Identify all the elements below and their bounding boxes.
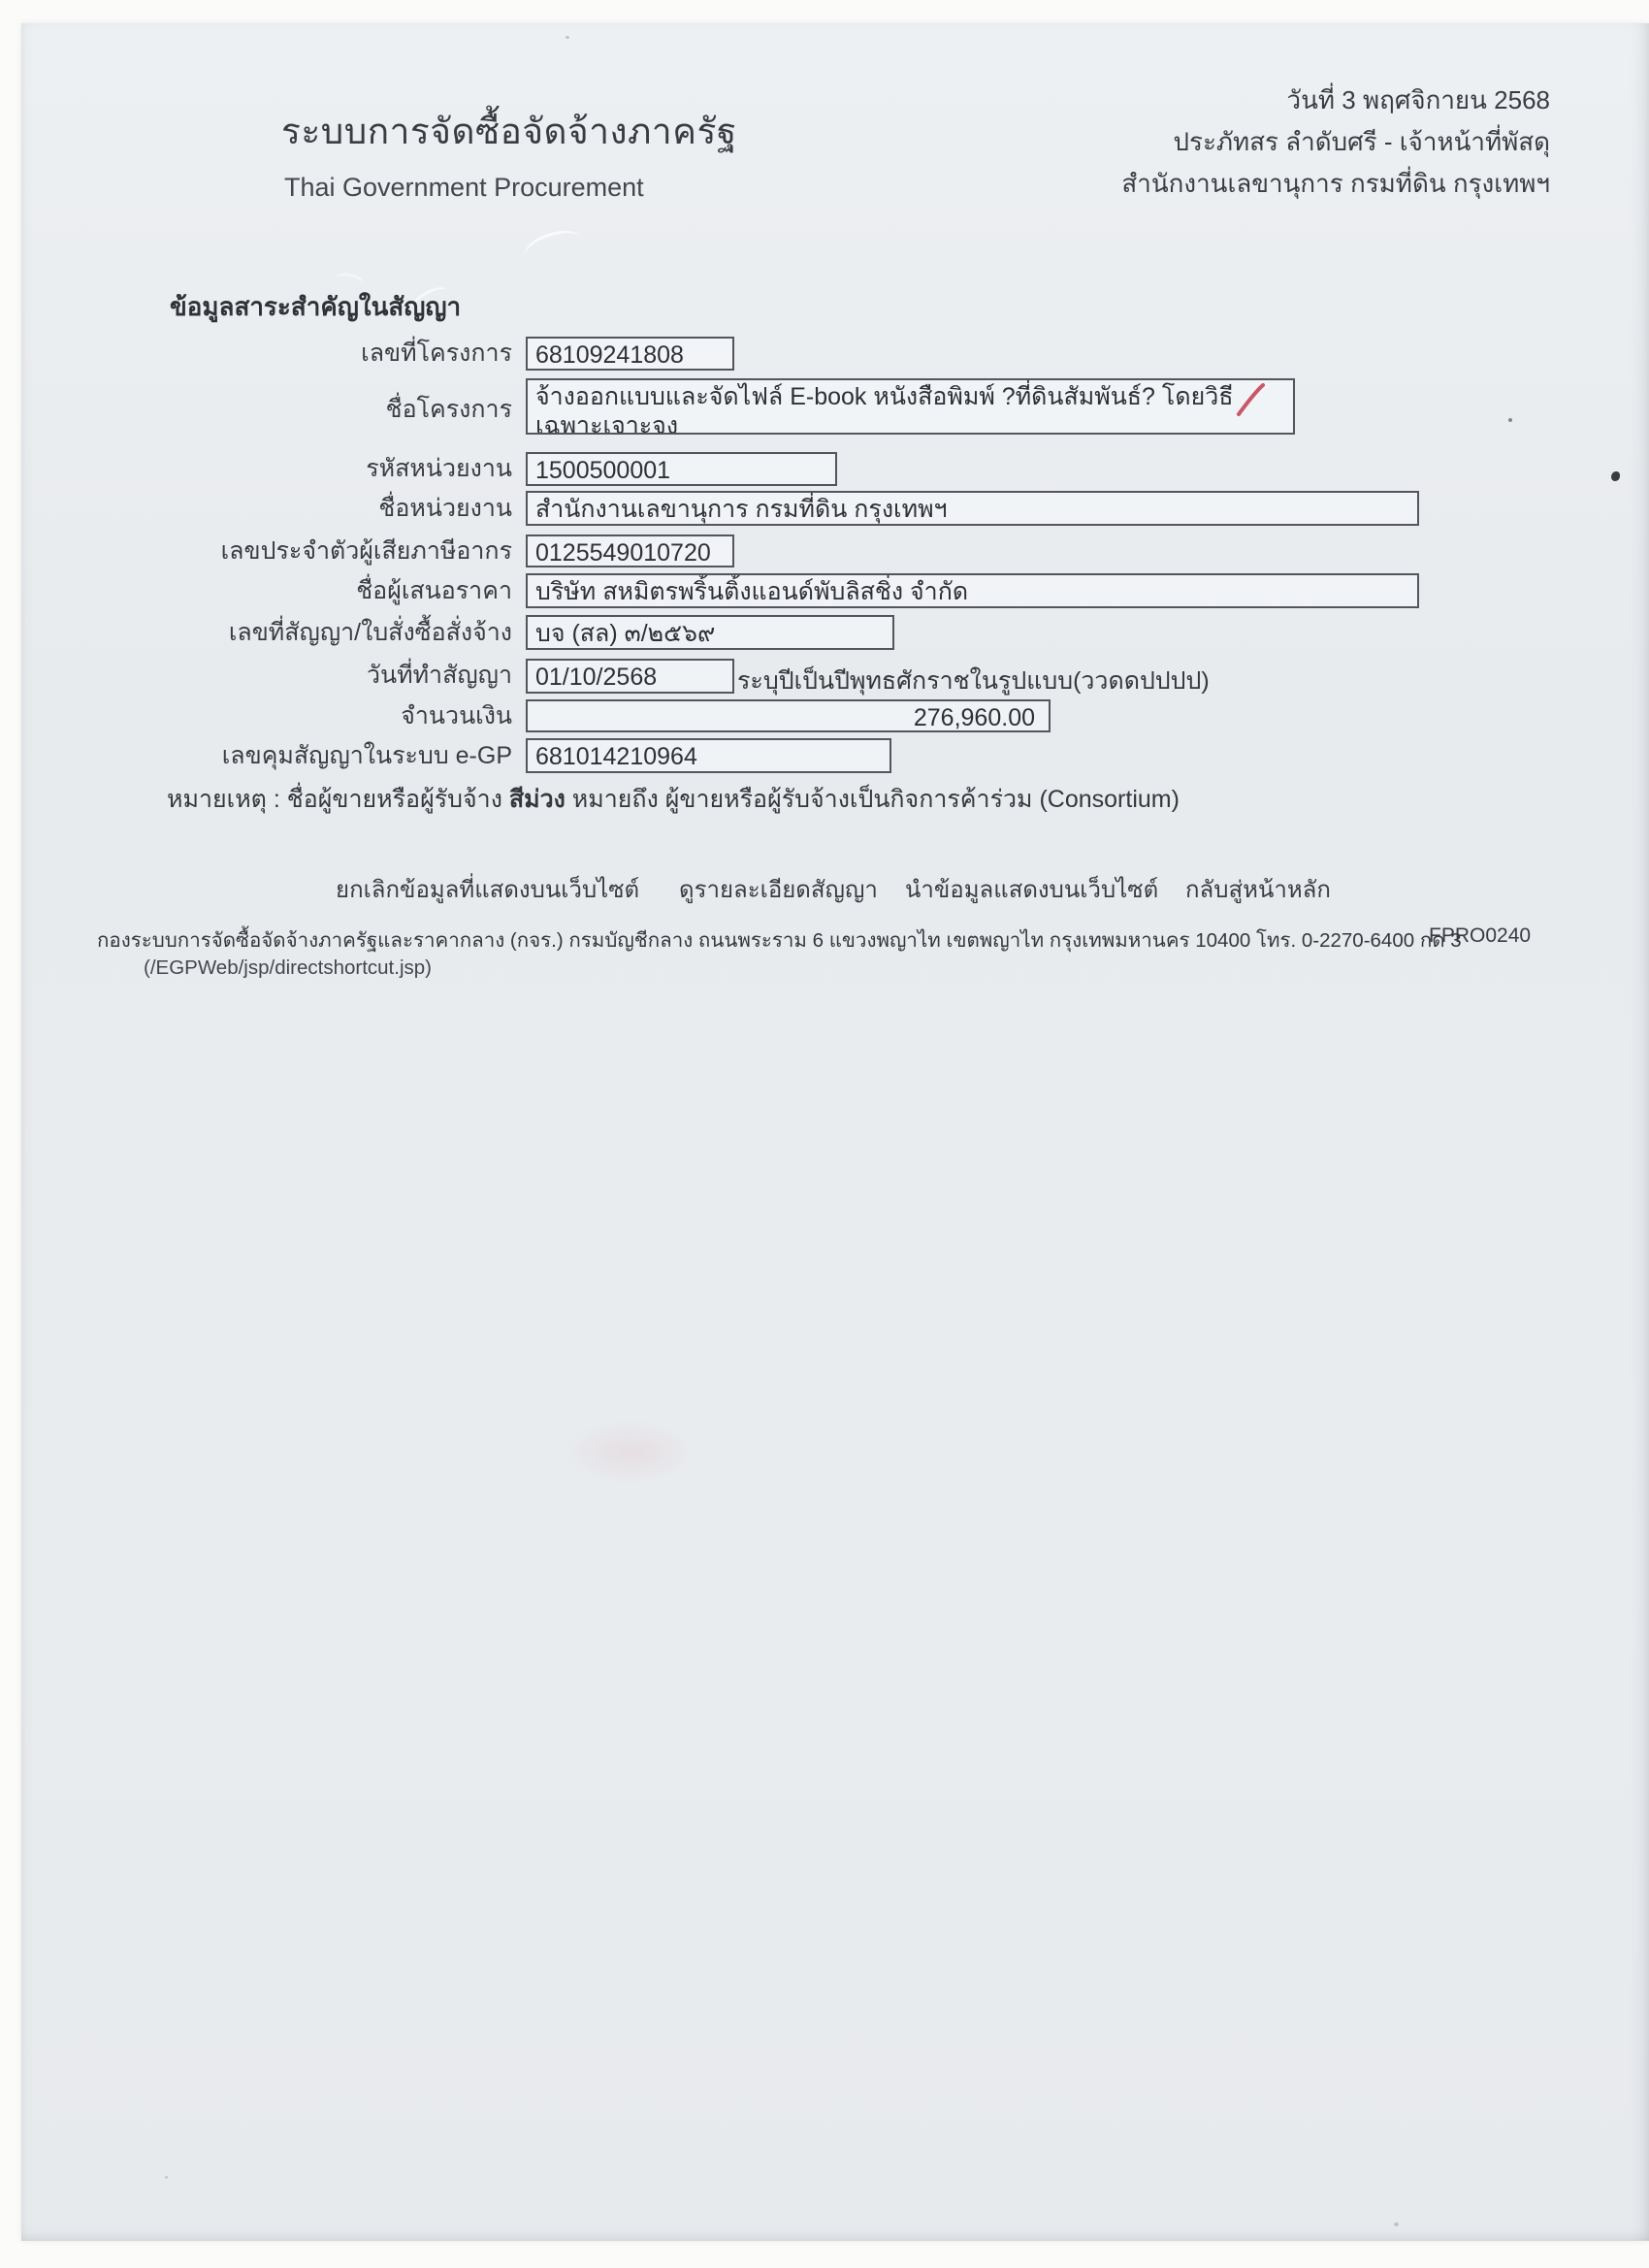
header-user-info: วันที่ 3 พฤศจิกายน 2568 ประภัทสร ลำดับศร… xyxy=(1121,80,1550,205)
print-date: วันที่ 3 พฤศจิกายน 2568 xyxy=(1121,80,1550,121)
project-name-label: ชื่อโครงการ xyxy=(107,395,512,424)
system-title-english: Thai Government Procurement xyxy=(284,173,644,203)
note-highlight: สีม่วง xyxy=(509,786,566,813)
amount-input[interactable]: 276,960.00 xyxy=(526,699,1051,732)
department-code-label: รหัสหน่วยงาน xyxy=(107,454,512,483)
department-code-input[interactable]: 1500500001 xyxy=(526,452,837,486)
contract-number-label: เลขที่สัญญา/ใบสั่งซื้อสั่งจ้าง xyxy=(107,618,512,647)
project-number-input[interactable]: 68109241808 xyxy=(526,337,734,371)
back-to-home-button[interactable]: กลับสู่หน้าหลัก xyxy=(1185,870,1331,908)
scanned-procurement-printout: { "header": { "title_th": "ระบบการจัดซื้… xyxy=(0,0,1649,2268)
scan-speck xyxy=(165,2176,168,2179)
project-number-label: เลขที่โครงการ xyxy=(107,339,512,368)
footer-url-path: (/EGPWeb/jsp/directshortcut.jsp) xyxy=(144,956,432,980)
section-title: ข้อมูลสาระสำคัญในสัญญา xyxy=(170,287,461,327)
contract-date-input[interactable]: 01/10/2568 xyxy=(526,659,734,694)
handwritten-check-mark xyxy=(1236,383,1267,418)
agency-name: สำนักงานเลขานุการ กรมที่ดิน กรุงเทพฯ xyxy=(1121,163,1550,205)
view-contract-detail-button[interactable]: ดูรายละเอียดสัญญา xyxy=(679,870,878,908)
bidder-name-label: ชื่อผู้เสนอราคา xyxy=(107,576,512,605)
taxpayer-id-input[interactable]: 0125549010720 xyxy=(526,535,734,567)
system-title-thai: ระบบการจัดซื้อจัดจ้างภาครัฐ xyxy=(281,103,737,160)
amount-label: จำนวนเงิน xyxy=(107,701,512,730)
bidder-name-input[interactable]: บริษัท สหมิตรพริ้นติ้งแอนด์พับลิสชิ่ง จำ… xyxy=(526,573,1419,608)
contract-date-format-hint: ระบุปีเป็นปีพุทธศักราชในรูปแบบ(ววดดปปปป) xyxy=(737,662,1210,700)
consortium-note: หมายเหตุ : ชื่อผู้ขายหรือผู้รับจ้าง สีม่… xyxy=(167,780,1180,819)
footer-address: กองระบบการจัดซื้อจัดจ้างภาครัฐและราคากลา… xyxy=(97,924,1462,956)
cancel-web-display-button[interactable]: ยกเลิกข้อมูลที่แสดงบนเว็บไซต์ xyxy=(336,870,639,908)
project-name-input[interactable]: จ้างออกแบบและจัดไฟล์ E-book หนังสือพิมพ์… xyxy=(526,378,1295,435)
department-name-input[interactable]: สำนักงานเลขานุการ กรมที่ดิน กรุงเทพฯ xyxy=(526,491,1419,526)
contract-number-input[interactable]: บจ (สล) ๓/๒๕๖๙ xyxy=(526,615,894,650)
paper-smudge xyxy=(563,1418,698,1486)
egp-control-number-label: เลขคุมสัญญาในระบบ e-GP xyxy=(107,741,512,770)
note-prefix: หมายเหตุ : ชื่อผู้ขายหรือผู้รับจ้าง xyxy=(167,786,509,813)
taxpayer-id-label: เลขประจำตัวผู้เสียภาษีอากร xyxy=(107,536,512,566)
department-name-label: ชื่อหน่วยงาน xyxy=(107,494,512,523)
note-suffix: หมายถึง ผู้ขายหรือผู้รับจ้างเป็นกิจการค้… xyxy=(566,786,1180,813)
scan-speck xyxy=(1508,418,1512,422)
scan-speck xyxy=(1394,2222,1399,2226)
form-code: FPRO0240 xyxy=(1429,924,1531,948)
egp-control-number-input[interactable]: 681014210964 xyxy=(526,738,891,773)
officer-name: ประภัทสร ลำดับศรี - เจ้าหน้าที่พัสดุ xyxy=(1121,121,1550,163)
publish-web-display-button[interactable]: นำข้อมูลแสดงบนเว็บไซต์ xyxy=(905,870,1158,908)
contract-date-label: วันที่ทำสัญญา xyxy=(107,661,512,690)
scan-speck xyxy=(566,36,569,39)
